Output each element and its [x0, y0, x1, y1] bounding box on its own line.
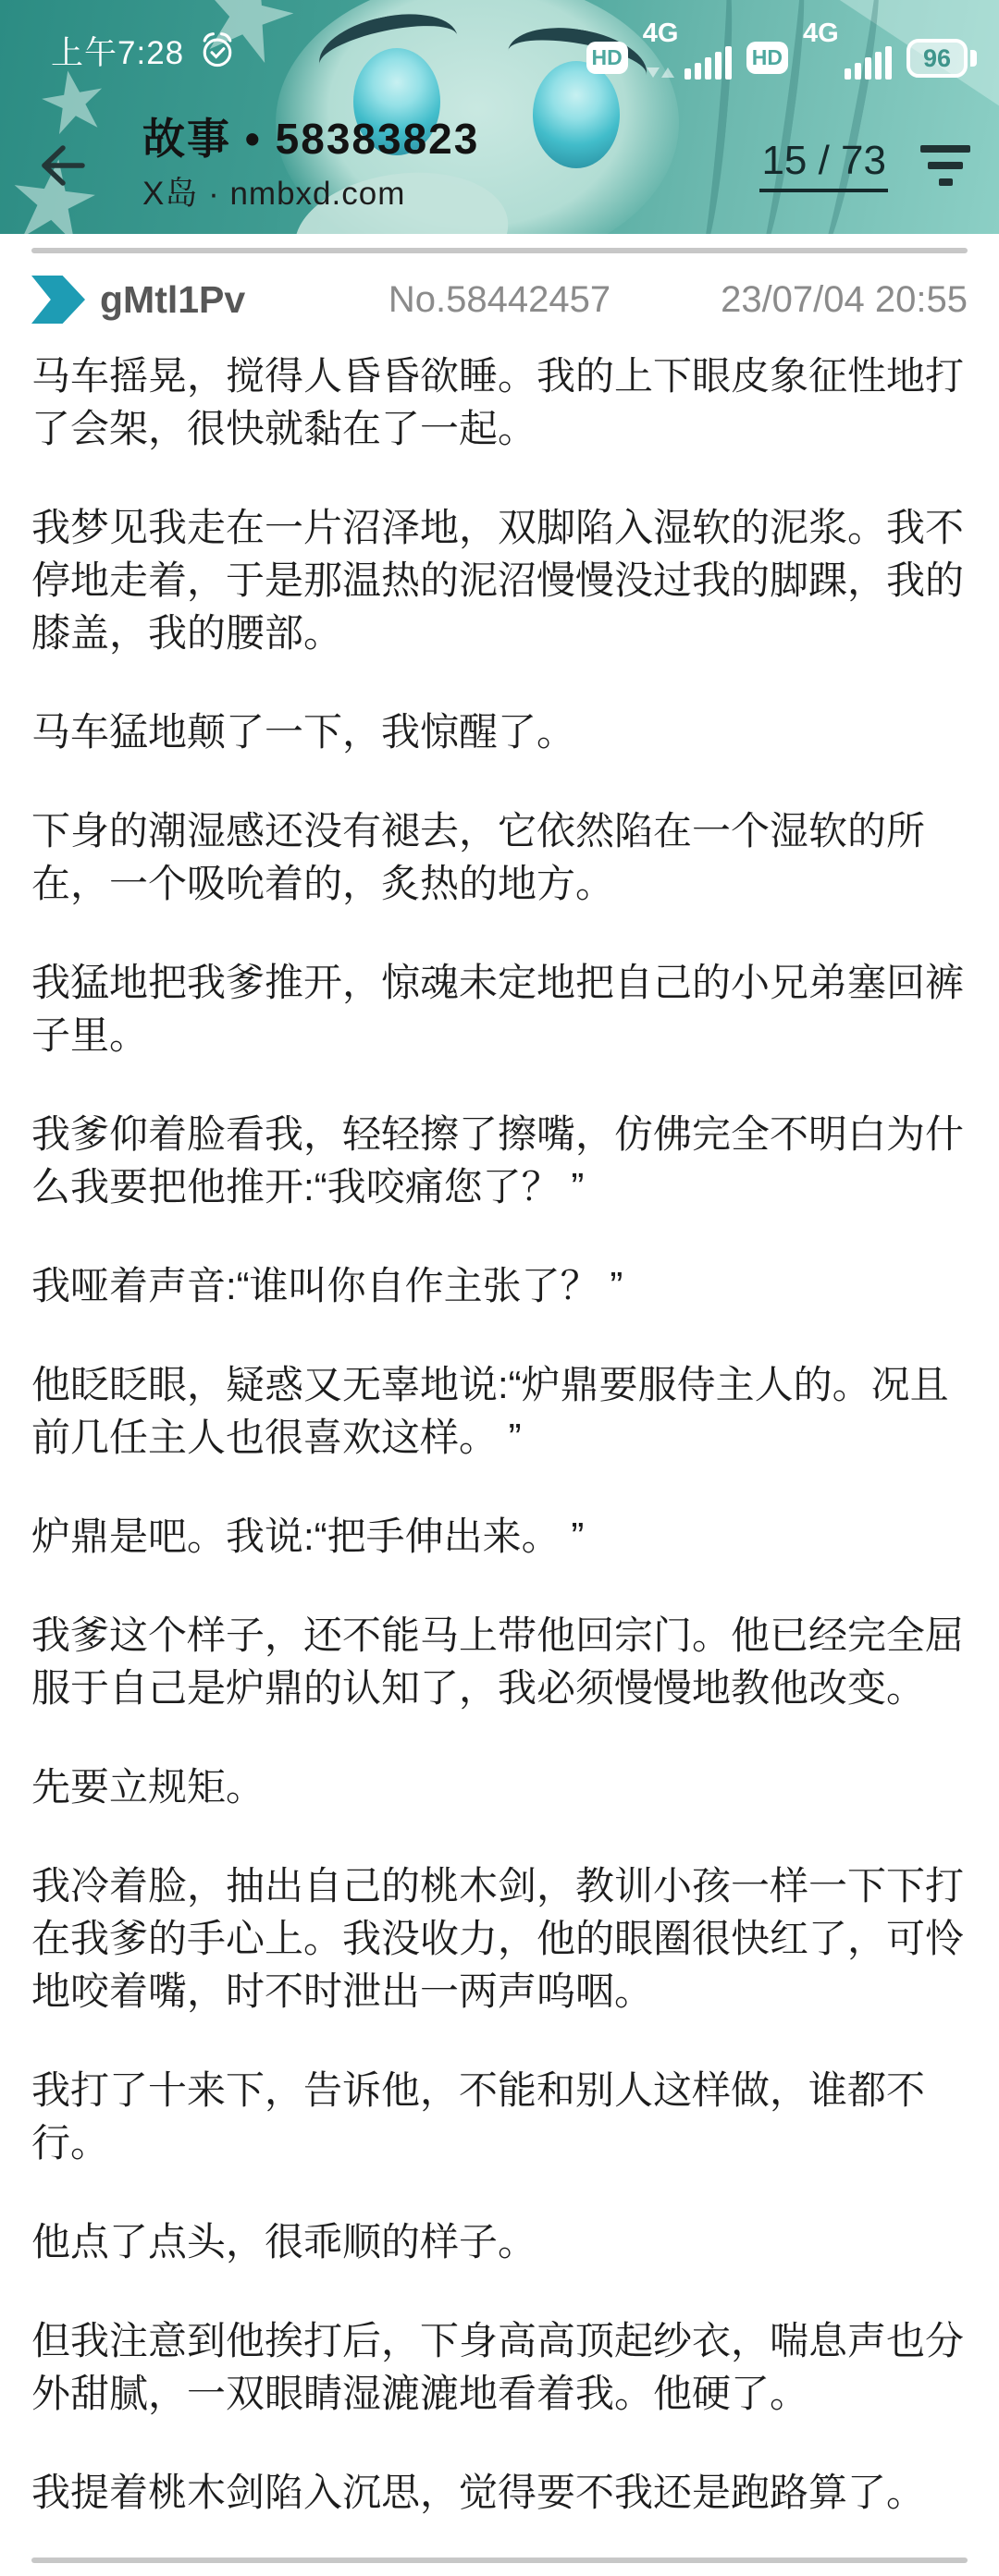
post-paragraph: 我猛地把我爹推开，惊魂未定地把自己的小兄弟塞回裤子里。 [31, 956, 968, 1061]
post-paragraph: 我打了十来下，告诉他，不能和别人这样做，谁都不行。 [31, 2064, 968, 2169]
status-time: 上午7:28 [51, 28, 184, 74]
page-subtitle: X岛 · nmbxd.com [142, 168, 479, 215]
post-header: gMtl1Pv No.58442457 23/07/04 20:55 [31, 276, 968, 324]
filter-button[interactable] [919, 145, 971, 186]
title-block: 故事 • 58383823 X岛 · nmbxd.com [142, 116, 479, 215]
post-paragraph: 我爹仰着脸看我，轻轻擦了擦嘴，仿佛完全不明白为什么我要把他推开:“我咬痛您了？ … [31, 1108, 968, 1213]
alarm-icon [197, 31, 238, 71]
battery-percent: 96 [906, 39, 968, 78]
post-paragraph: 先要立规矩。 [31, 1760, 968, 1813]
hd-badge-icon: HD [746, 42, 788, 74]
post-paragraph: 他眨眨眼，疑惑又无辜地说:“炉鼎要服侍主人的。况且前几任主人也很喜欢这样。 ” [31, 1358, 968, 1464]
network-type-label: 4G [803, 18, 839, 49]
status-right-group: HD 4G HD 4G 96 [586, 22, 977, 80]
signal-bars-icon [845, 46, 892, 80]
hd-badge-icon: HD [586, 42, 628, 74]
signal-bar [684, 68, 691, 80]
signal-bar [885, 46, 892, 80]
post-paragraph: 他点了点头，很乖顺的样子。 [31, 2215, 968, 2268]
post-author-group[interactable]: gMtl1Pv [31, 276, 388, 324]
post-number: No.58442457 [388, 279, 610, 321]
post-paragraph: 炉鼎是吧。我说:“把手伸出来。 ” [31, 1510, 968, 1563]
post-divider [31, 2558, 968, 2563]
header-divider [31, 248, 968, 253]
battery-icon: 96 [906, 39, 977, 78]
post-paragraph: 我提着桃木剑陷入沉思，觉得要不我还是跑路算了。 [31, 2466, 968, 2519]
post-body: 马车摇晃，搅得人昏昏欲睡。我的上下眼皮象征性地打了会架，很快就黏在了一起。我梦见… [31, 350, 968, 2519]
signal-bar [865, 57, 871, 80]
status-left-group: 上午7:28 [51, 28, 238, 74]
network-type-label: 4G [643, 18, 679, 49]
signal-bar [855, 63, 861, 80]
nav-bar: 故事 • 58383823 X岛 · nmbxd.com 15 / 73 [0, 96, 999, 234]
signal-bar [875, 52, 882, 80]
signal-bar [715, 52, 721, 80]
back-button[interactable] [28, 132, 94, 199]
post-paragraph: 我冷着脸，抽出自己的桃木剑，教训小孩一样一下下打在我爹的手心上。我没收力，他的眼… [31, 1859, 968, 2018]
post-paragraph: 马车摇晃，搅得人昏昏欲睡。我的上下眼皮象征性地打了会架，很快就黏在了一起。 [31, 350, 968, 455]
post-paragraph: 我爹这个样子，还不能马上带他回宗门。他已经完全屈服于自己是炉鼎的认知了，我必须慢… [31, 1609, 968, 1714]
signal-bar [705, 57, 711, 80]
signal-bar [695, 63, 701, 80]
post-timestamp: 23/07/04 20:55 [610, 279, 968, 321]
post-paragraph: 但我注意到他挨打后，下身高高顶起纱衣，喘息声也分外甜腻，一双眼睛湿漉漉地看着我。… [31, 2314, 968, 2420]
filter-line [928, 162, 963, 169]
up-arrow-icon [661, 67, 674, 78]
signal-bars-icon [684, 46, 732, 80]
data-activity-icon [647, 67, 674, 78]
back-arrow-icon [31, 136, 91, 195]
post: gMtl1Pv No.58442457 23/07/04 20:55 马车摇晃，… [0, 276, 999, 2519]
page-indicator[interactable]: 15 / 73 [759, 138, 888, 192]
screen: 上午7:28 HD 4G HD 4G [0, 0, 999, 2576]
signal-group-2: 4G [803, 22, 892, 80]
signal-group-1: 4G [643, 22, 732, 80]
signal-bar [845, 68, 851, 80]
post-paragraph: 下身的潮湿感还没有褪去，它依然陷在一个湿软的所在，一个吸吮着的，炙热的地方。 [31, 804, 968, 910]
post-paragraph: 马车猛地颠了一下，我惊醒了。 [31, 705, 968, 758]
post-marker-icon [31, 276, 85, 324]
filter-line [920, 145, 970, 153]
filter-line [939, 178, 953, 186]
post-paragraph: 我哑着声音:“谁叫你自作主张了？ ” [31, 1259, 968, 1312]
post-user-id[interactable]: gMtl1Pv [100, 278, 245, 322]
down-arrow-icon [647, 67, 660, 78]
status-bar: 上午7:28 HD 4G HD 4G [0, 0, 999, 96]
appbar: 上午7:28 HD 4G HD 4G [0, 0, 999, 234]
signal-bar [725, 46, 732, 80]
battery-nub [970, 50, 977, 67]
post-paragraph: 我梦见我走在一片沼泽地，双脚陷入湿软的泥浆。我不停地走着，于是那温热的泥沼慢慢没… [31, 501, 968, 659]
page-title: 故事 • 58383823 [142, 116, 479, 163]
